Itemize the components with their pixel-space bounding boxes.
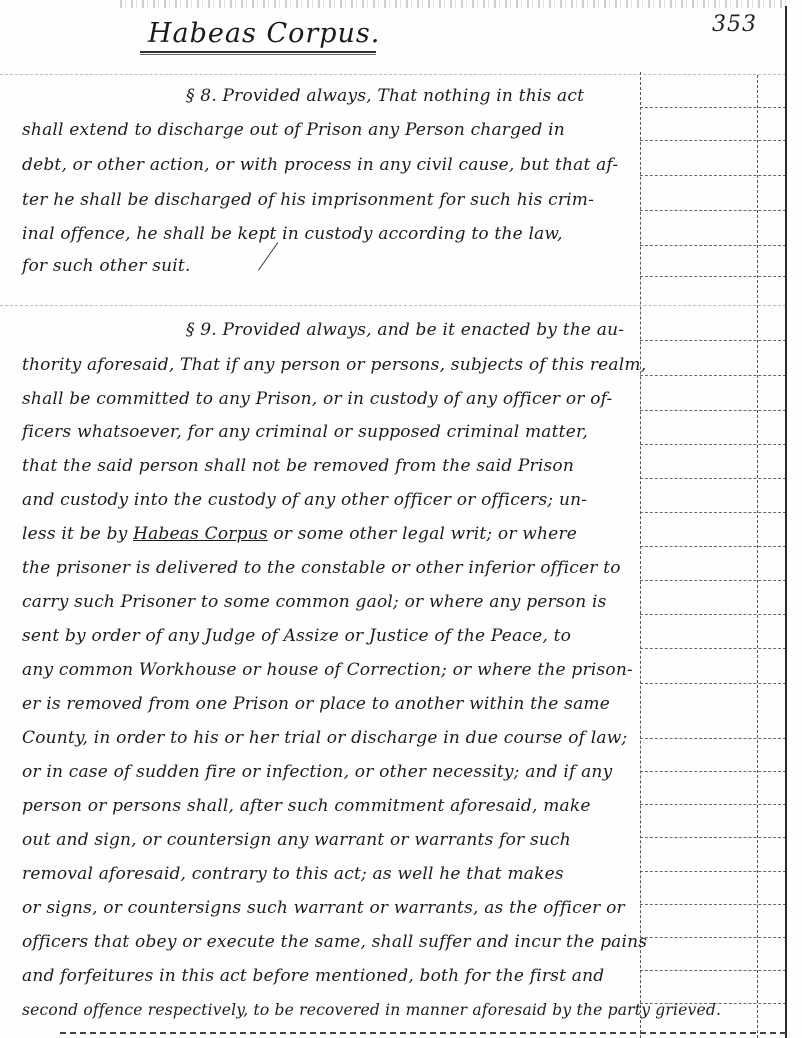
section-9-line: second offence respectively, to be recov… — [22, 1000, 642, 1020]
ruled-line — [640, 210, 786, 211]
ruled-line — [640, 175, 786, 176]
ruled-line — [640, 546, 786, 547]
manuscript-page: 353 Habeas Corpus. § 8. Provided always,… — [0, 0, 802, 1038]
ruled-line — [640, 970, 786, 971]
ruled-line — [640, 937, 786, 938]
ruled-line — [640, 276, 786, 277]
section-8-line: shall extend to discharge out of Prison … — [22, 120, 642, 140]
ruled-line — [640, 648, 786, 649]
page-title: Habeas Corpus. — [148, 18, 380, 49]
section-9-line: er is removed from one Prison or place t… — [22, 694, 642, 714]
page-number: 353 — [712, 12, 757, 37]
section-9-line: carry such Prisoner to some common gaol;… — [22, 592, 642, 612]
section-9-line: any common Workhouse or house of Correct… — [22, 660, 642, 680]
ruled-line — [640, 340, 786, 341]
ruled-line — [640, 245, 786, 246]
ruled-line — [640, 580, 786, 581]
ruled-line — [0, 305, 786, 306]
section-9-line: the prisoner is delivered to the constab… — [22, 558, 642, 578]
title-underline — [140, 54, 376, 55]
ruled-line — [640, 478, 786, 479]
margin-rule-right — [757, 75, 758, 1038]
section-8-line: for such other suit. — [22, 256, 642, 276]
section-9-line: § 9. Provided always, and be it enacted … — [186, 320, 642, 340]
title-underline — [140, 51, 376, 53]
underlined-phrase: Habeas Corpus — [133, 524, 268, 544]
ruled-line — [640, 738, 786, 739]
section-9-line: County, in order to his or her trial or … — [22, 728, 642, 748]
section-9-line: shall be committed to any Prison, or in … — [22, 389, 642, 409]
ruled-line — [640, 804, 786, 805]
ruled-line — [640, 512, 786, 513]
section-9-line: removal aforesaid, contrary to this act;… — [22, 864, 642, 884]
section-9-line: officers that obey or execute the same, … — [22, 932, 642, 952]
ruled-line — [0, 74, 786, 75]
ruled-line — [640, 410, 786, 411]
section-9-line: ficers whatsoever, for any criminal or s… — [22, 422, 642, 442]
ruled-line — [640, 614, 786, 615]
section-9-line: out and sign, or countersign any warrant… — [22, 830, 642, 850]
ruled-line — [640, 904, 786, 905]
section-9-line: or signs, or countersigns such warrant o… — [22, 898, 642, 918]
ruled-line — [640, 771, 786, 772]
ruled-line — [640, 107, 786, 108]
section-9-line: or in case of sudden fire or infection, … — [22, 762, 642, 782]
section-8-line: § 8. Provided always, That nothing in th… — [186, 86, 642, 106]
page-bottom-edge — [60, 1032, 786, 1034]
section-8-line: inal offence, he shall be kept in custod… — [22, 224, 642, 244]
section-9-line: person or persons shall, after such comm… — [22, 796, 642, 816]
ruled-line — [640, 837, 786, 838]
section-9-line: thority aforesaid, That if any person or… — [22, 355, 642, 375]
ruled-line — [640, 140, 786, 141]
section-9-line: less it be by Habeas Corpus or some othe… — [22, 524, 642, 544]
section-9-line: and custody into the custody of any othe… — [22, 490, 642, 510]
ruled-line — [640, 444, 786, 445]
margin-rule-left — [640, 72, 641, 1038]
section-9-line: sent by order of any Judge of Assize or … — [22, 626, 642, 646]
section-8-line: debt, or other action, or with process i… — [22, 155, 642, 175]
ruled-line — [640, 683, 786, 684]
ruled-line — [640, 375, 786, 376]
section-9-line: and forfeitures in this act before menti… — [22, 966, 642, 986]
ruled-line — [640, 871, 786, 872]
section-8-line: ter he shall be discharged of his impris… — [22, 190, 642, 210]
page-right-border — [785, 6, 787, 1038]
page-top-edge — [120, 0, 790, 8]
section-9-line: that the said person shall not be remove… — [22, 456, 642, 476]
